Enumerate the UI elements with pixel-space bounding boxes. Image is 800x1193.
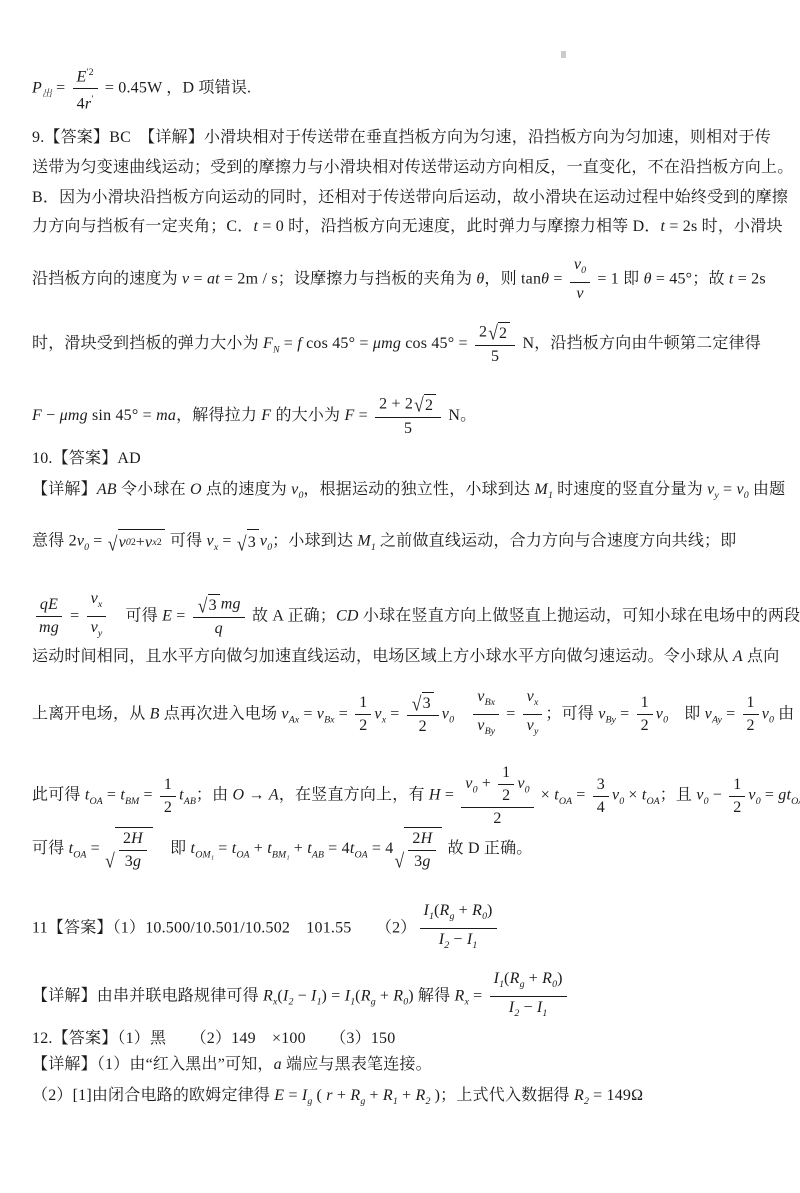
fraction: vxvy <box>523 687 543 742</box>
fraction: 12 <box>637 693 653 736</box>
sqrt-radical: √2 <box>488 322 510 344</box>
fraction: v0v <box>570 255 590 304</box>
sqrt-radical: √2H3g <box>105 827 153 872</box>
q9-explanation-line: 送带为匀变速曲线运动；受到的摩擦力与小滑块相对传送带运动方向相反，一直变化，不在… <box>32 156 790 180</box>
fraction: 12 <box>729 775 745 818</box>
q10-explanation-line: 运动时间相同，且水平方向做匀加速直线运动，电场区域上方小球水平方向做匀速运动。令… <box>32 645 790 669</box>
q11-explanation-line: 【详解】由串并联电路规律可得 Rx(I2 − I1) = I1(Rg + R0)… <box>32 969 790 1024</box>
fraction: √32 <box>407 692 439 737</box>
smudge-mark <box>561 51 566 58</box>
fraction: v0 + 12v02 <box>461 763 533 829</box>
fraction: 12 <box>160 775 176 818</box>
fraction: qEmg <box>35 595 63 638</box>
sqrt-radical: √3 <box>237 529 259 555</box>
q10-formula-line: 意得 2v0 = √v02 + vx2 可得 vx = √3v0；小球到达 M1… <box>32 529 790 560</box>
q12-formula-line: （2）[1]由闭合电路的欧姆定律得 E = Ig ( r + Rg + R1 +… <box>32 1084 790 1114</box>
q9-explanation-line: B．因为小滑块沿挡板方向运动的同时，还相对于传送带向后运动，故小滑块在运动过程中… <box>32 186 790 210</box>
fraction: I1(Rg + R0)I2 − I1 <box>420 901 497 956</box>
q11-answer-line: 11【答案】（1）10.500/10.501/10.502 101.55 （2）… <box>32 901 790 956</box>
sqrt-radical: √2 <box>414 394 436 416</box>
q10-formula-line: 可得 tOA = √2H3g 即 tOM₁ = tOA + tBM₁ + tAB… <box>32 827 790 872</box>
fraction: 2H3g <box>408 829 436 872</box>
q10-formula-line: qEmg = vxvy 可得 E = √3mgq 故 A 正确；CD 小球在竖直… <box>32 589 790 644</box>
formula-line-p-output: P出 = E′24r′ = 0.45W ，D 项错误. <box>32 63 790 115</box>
fraction: 12 <box>498 763 514 806</box>
answer-sheet-page: P出 = E′24r′ = 0.45W ，D 项错误. 9.【答案】BC 【详解… <box>0 0 800 1193</box>
fraction: √3mgq <box>193 594 245 639</box>
q9-formula-line: F − μmg sin 45° = ma，解得拉力 F 的大小为 F = 2 +… <box>32 394 790 439</box>
fraction: 12 <box>355 693 371 736</box>
q9-formula-line: 沿挡板方向的速度为 v = at = 2m / s；设摩擦力与挡板的夹角为 θ，… <box>32 255 790 304</box>
q9-formula-line: 时，滑块受到挡板的弹力大小为 FN = f cos 45° = μmg cos … <box>32 322 790 367</box>
sqrt-radical: √v02 + vx2 <box>108 529 165 555</box>
sqrt-radical: √2H3g <box>395 827 443 872</box>
fraction: 12 <box>743 693 759 736</box>
q9-answer-line: 9.【答案】BC 【详解】小滑块相对于传送带在垂直挡板方向为匀速，沿挡板方向为匀… <box>32 126 790 150</box>
q9-explanation-line: 力方向与挡板有一定夹角；C．t = 0 时，沿挡板方向无速度，此时弹力与摩擦力相… <box>32 215 790 239</box>
fraction: 34 <box>593 775 609 818</box>
q12-explanation-line: 【详解】（1）由“红入黑出”可知，a 端应与黑表笔连接。 <box>32 1053 790 1077</box>
q10-formula-line: 上离开电场，从 B 点再次进入电场 vAx = vBx = 12vx = √32… <box>32 687 790 742</box>
q12-answer-line: 12.【答案】（1）黑 （2）149 ×100 （3）150 <box>32 1027 790 1051</box>
sqrt-radical: √3 <box>198 594 220 616</box>
sqrt-radical: √3 <box>412 692 434 714</box>
q10-answer-line: 10.【答案】AD <box>32 447 790 471</box>
q10-formula-line: 此可得 tOA = tBM = 12tAB；由 O → A，在竖直方向上，有 H… <box>32 763 790 829</box>
q10-explanation-line: 【详解】AB 令小球在 O 点的速度为 v0，根据运动的独立性，小球到达 M1 … <box>32 478 790 508</box>
fraction: vBxvBy <box>473 687 499 742</box>
fraction: 2H3g <box>119 829 147 872</box>
fraction: I1(Rg + R0)I2 − I1 <box>490 969 567 1024</box>
fraction: 2 + 2√25 <box>375 394 441 439</box>
fraction: vxvy <box>87 589 107 644</box>
fraction: 2√25 <box>475 322 515 367</box>
fraction: E′24r′ <box>73 63 98 115</box>
